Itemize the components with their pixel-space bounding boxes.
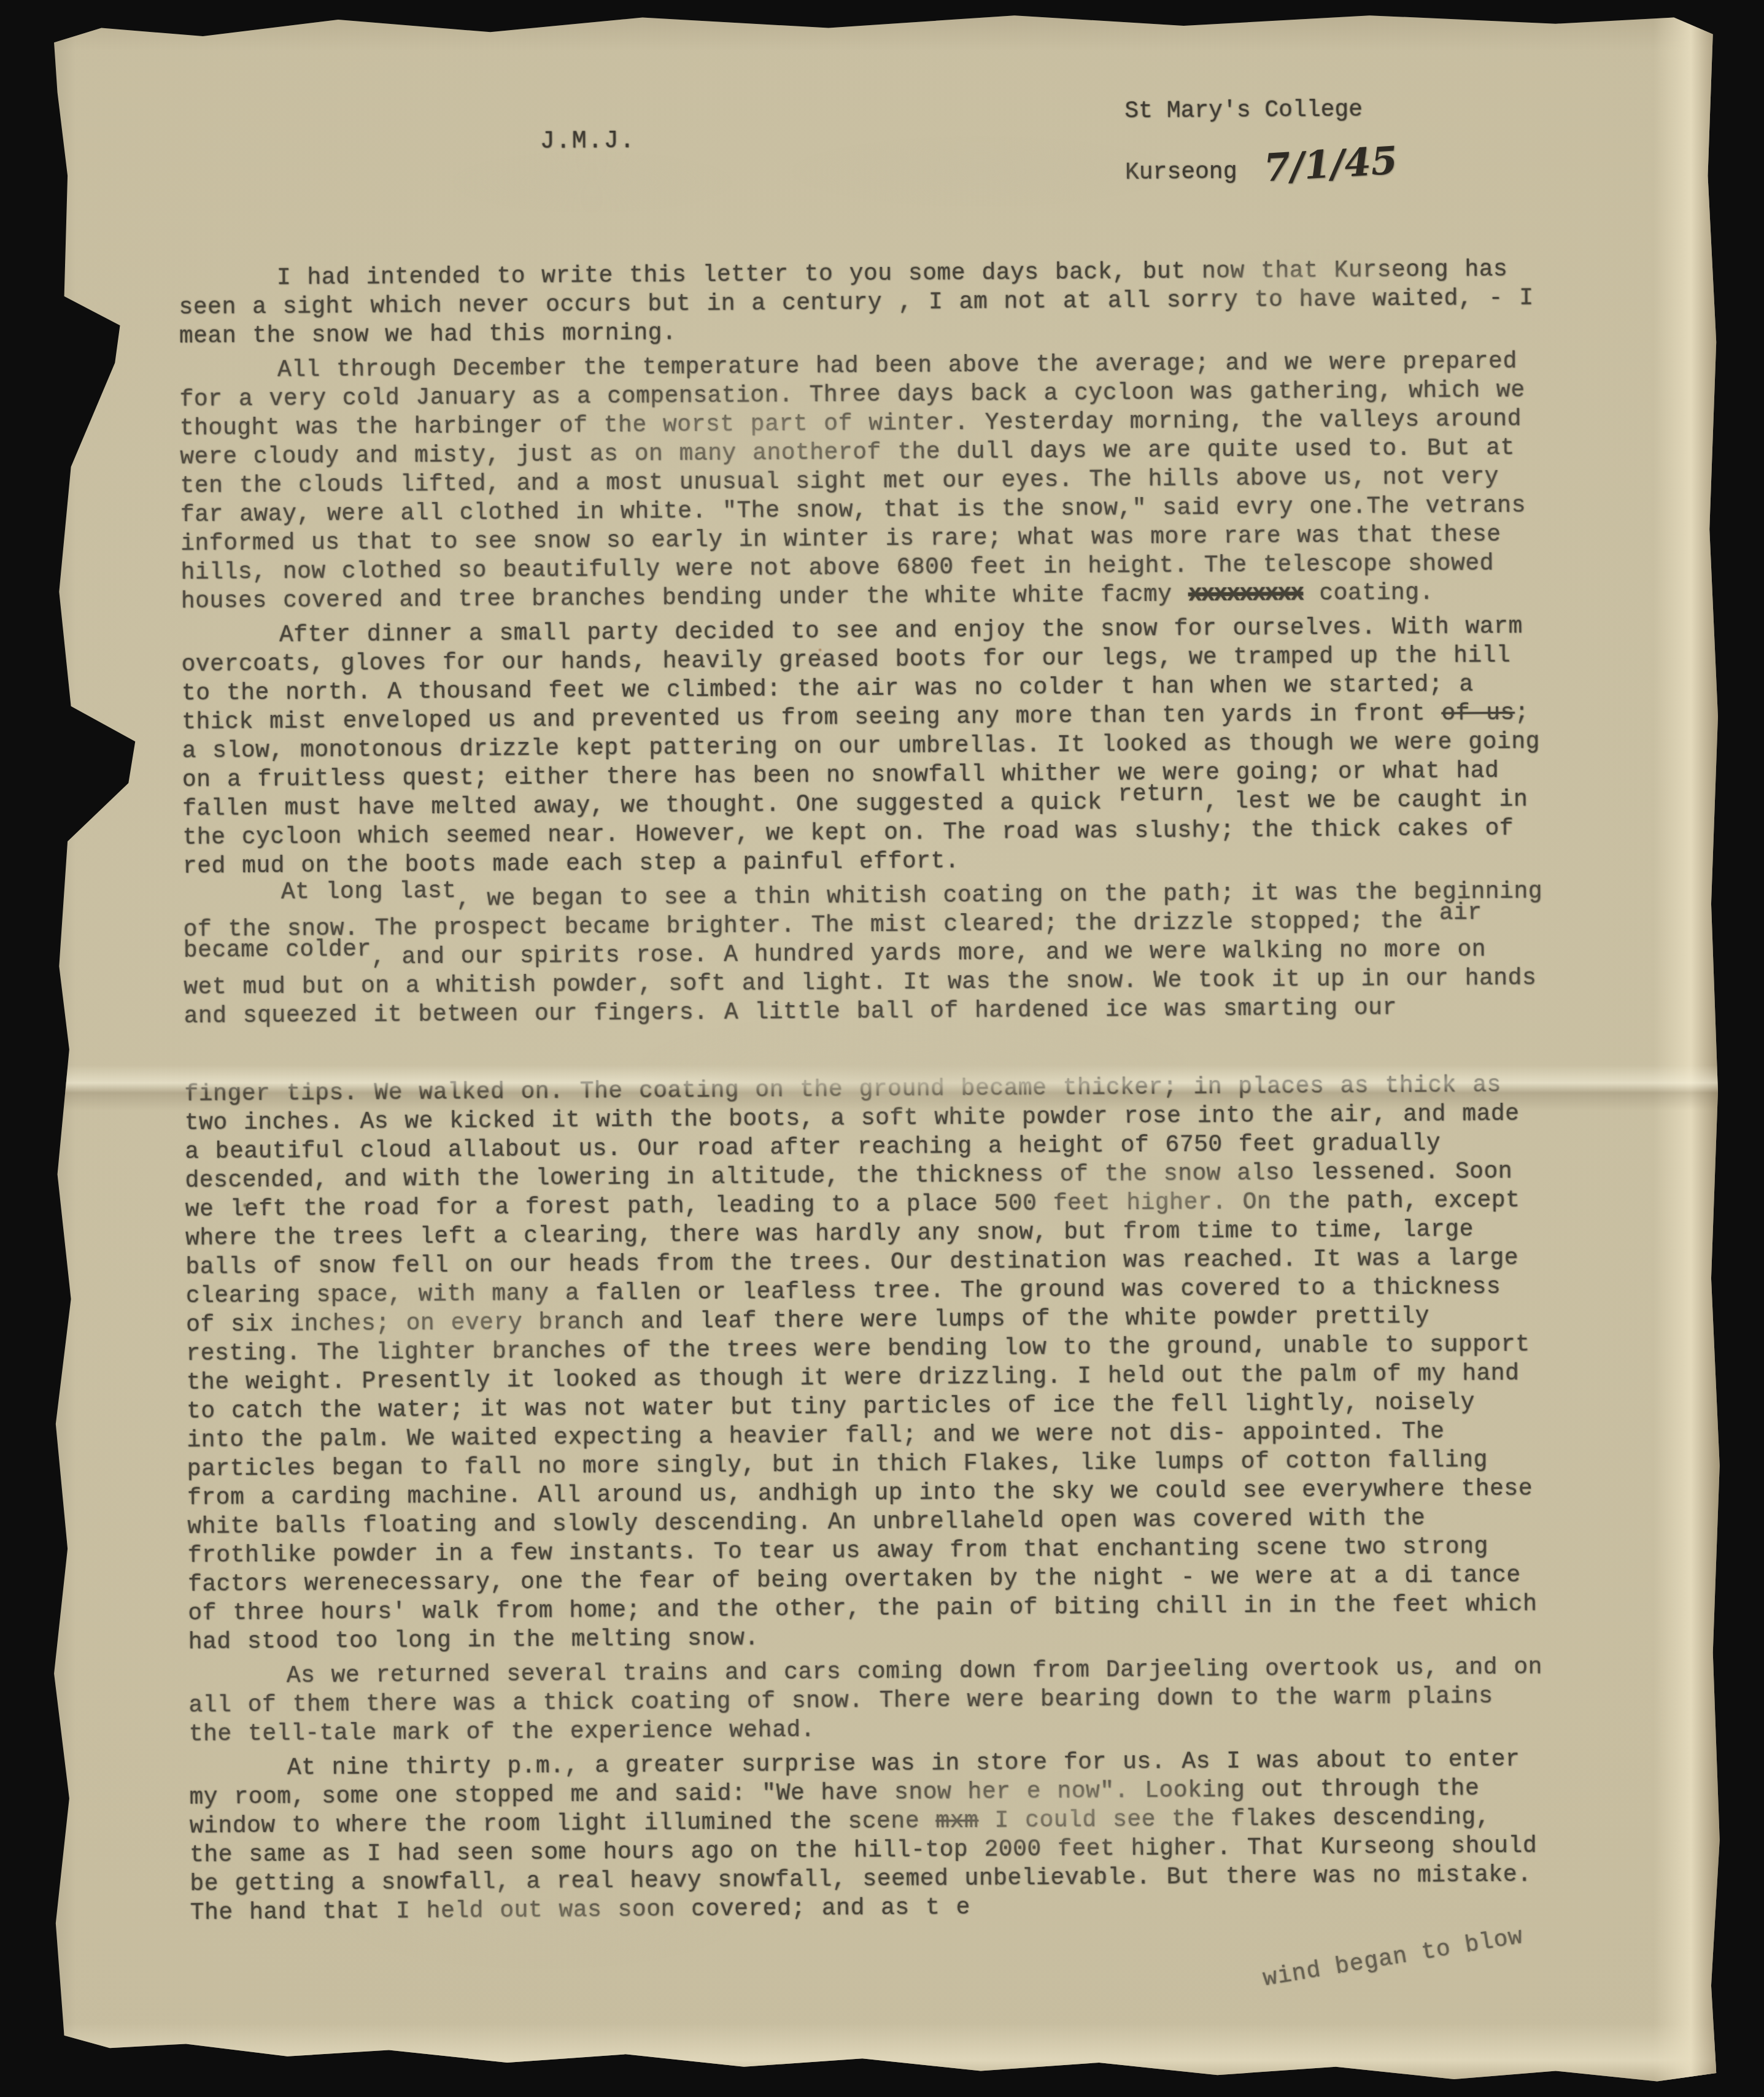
text-segment: As we returned several trains and cars c…: [188, 1654, 1542, 1747]
letter-content: J.M.J. St Mary's College Kurseong 7/1/45…: [26, 3, 1732, 2095]
letterhead: St Mary's College Kurseong 7/1/45: [1124, 96, 1398, 188]
text-segment: I had intended to write this letter to y…: [179, 257, 1533, 350]
text-segment: All through December the temperature had…: [179, 349, 1526, 615]
text-segment-strike: mxm: [935, 1808, 978, 1834]
paragraph: After dinner a small party decided to se…: [181, 612, 1542, 881]
text-segment-raised: return: [1118, 781, 1204, 808]
dateline: Kurseong 7/1/45: [1125, 141, 1398, 188]
scan-background: J.M.J. St Mary's College Kurseong 7/1/45…: [0, 0, 1764, 2097]
paragraph: finger tips. We walked on. The coating o…: [184, 1070, 1548, 1656]
paragraph: At long last, we began to see a thin whi…: [183, 877, 1544, 1030]
paragraph: At nine thirty p.m., a greater surprise …: [189, 1745, 1550, 1927]
paragraph: As we returned several trains and cars c…: [188, 1653, 1549, 1748]
text-segment: finger tips. We walked on. The coating o…: [184, 1072, 1537, 1656]
text-segment-strike: of us: [1441, 700, 1515, 727]
fold-crease: [34, 1065, 1725, 1110]
institution: St Mary's College: [1124, 96, 1398, 125]
text-segment: , and our spirits rose. A hundred yards …: [184, 937, 1536, 1030]
text-segment: coating.: [1303, 580, 1434, 607]
date: 7/1/45: [1263, 137, 1399, 190]
letter-paper: J.M.J. St Mary's College Kurseong 7/1/45…: [34, 9, 1725, 2090]
paragraph: All through December the temperature had…: [179, 347, 1541, 616]
text-segment-raised: At long last: [281, 878, 457, 906]
monogram: J.M.J.: [540, 128, 636, 156]
text-segment: After dinner a small party decided to se…: [181, 614, 1522, 736]
paragraph: I had intended to write this letter to y…: [179, 255, 1539, 350]
text-segment-overstruck: xxxxxxxxx: [1188, 581, 1304, 608]
postscript: wind began to blow: [1261, 1923, 1525, 1992]
place: Kurseong: [1125, 159, 1237, 186]
